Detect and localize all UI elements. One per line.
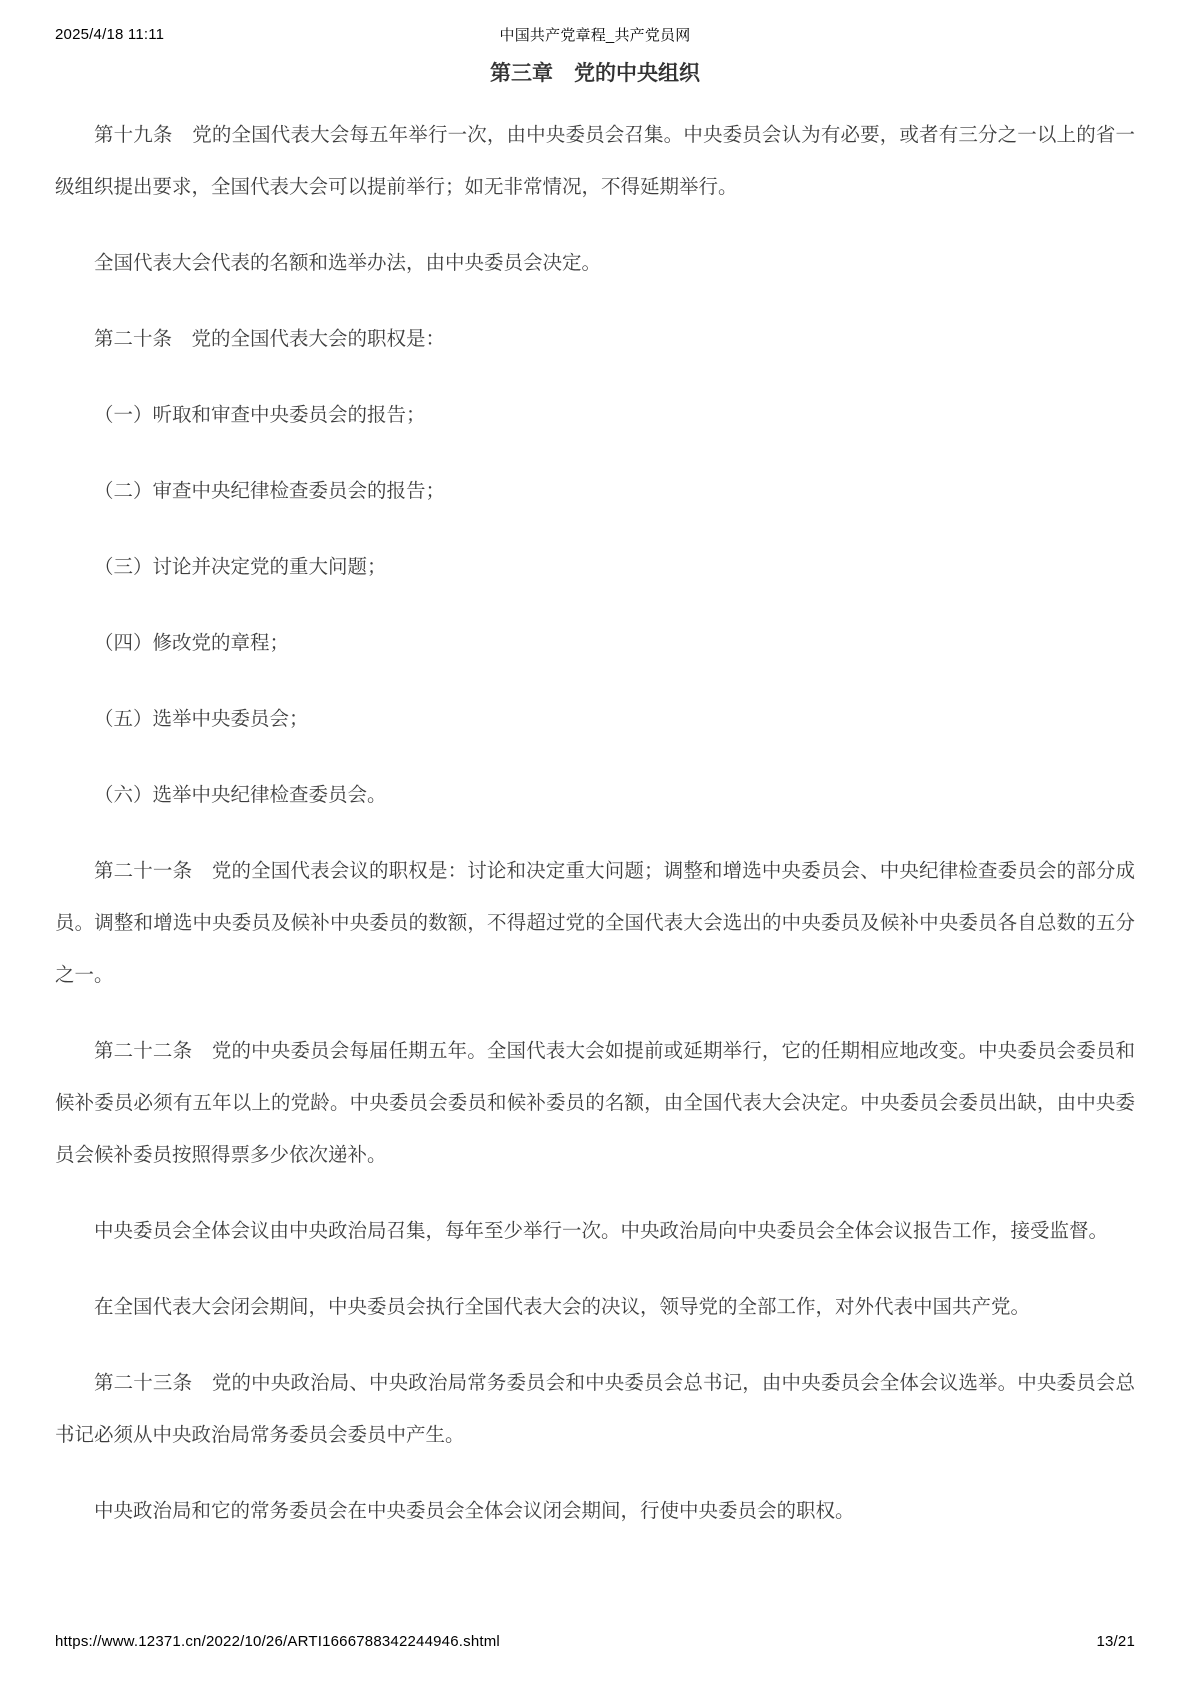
paragraph-politburo-powers: 中央政治局和它的常务委员会在中央委员会全体会议闭会期间，行使中央委员会的职权。 (55, 1485, 1135, 1537)
paragraph-plenary-sessions: 中央委员会全体会议由中央政治局召集，每年至少举行一次。中央政治局向中央委员会全体… (55, 1205, 1135, 1257)
article-20-list-item-4: （四）修改党的章程； (55, 617, 1135, 669)
article-20-list-item-2: （二）审查中央纪律检查委员会的报告； (55, 465, 1135, 517)
article-20-list-item-6: （六）选举中央纪律检查委员会。 (55, 769, 1135, 821)
print-footer: https://www.12371.cn/2022/10/26/ARTI1666… (55, 1633, 1135, 1650)
article-20-list-item-5: （五）选举中央委员会； (55, 693, 1135, 745)
paragraph-article-23: 第二十三条 党的中央政治局、中央政治局常务委员会和中央委员会总书记，由中央委员会… (55, 1357, 1135, 1461)
article-body: 第十九条 党的全国代表大会每五年举行一次，由中央委员会召集。中央委员会认为有必要… (0, 109, 1190, 1537)
chapter-title: 第三章 党的中央组织 (0, 62, 1190, 85)
paragraph-article-21: 第二十一条 党的全国代表会议的职权是：讨论和决定重大问题；调整和增选中央委员会、… (55, 845, 1135, 1001)
article-20-list-item-1: （一）听取和审查中央委员会的报告； (55, 389, 1135, 441)
printed-page: 2025/4/18 11:11 中国共产党章程_共产党员网 第三章 党的中央组织… (0, 0, 1190, 1684)
page-number: 13/21 (1096, 1633, 1135, 1650)
paragraph-between-congresses: 在全国代表大会闭会期间，中央委员会执行全国代表大会的决议，领导党的全部工作，对外… (55, 1281, 1135, 1333)
article-20-list-item-3: （三）讨论并决定党的重大问题； (55, 541, 1135, 593)
paragraph-article-22: 第二十二条 党的中央委员会每届任期五年。全国代表大会如提前或延期举行，它的任期相… (55, 1025, 1135, 1181)
paragraph-delegates-quota: 全国代表大会代表的名额和选举办法，由中央委员会决定。 (55, 237, 1135, 289)
print-datetime: 2025/4/18 11:11 (55, 26, 164, 43)
paragraph-article-19: 第十九条 党的全国代表大会每五年举行一次，由中央委员会召集。中央委员会认为有必要… (55, 109, 1135, 213)
print-header: 2025/4/18 11:11 中国共产党章程_共产党员网 (55, 24, 1135, 45)
print-document-title: 中国共产党章程_共产党员网 (500, 24, 691, 45)
paragraph-article-20: 第二十条 党的全国代表大会的职权是： (55, 313, 1135, 365)
source-url: https://www.12371.cn/2022/10/26/ARTI1666… (55, 1633, 500, 1650)
